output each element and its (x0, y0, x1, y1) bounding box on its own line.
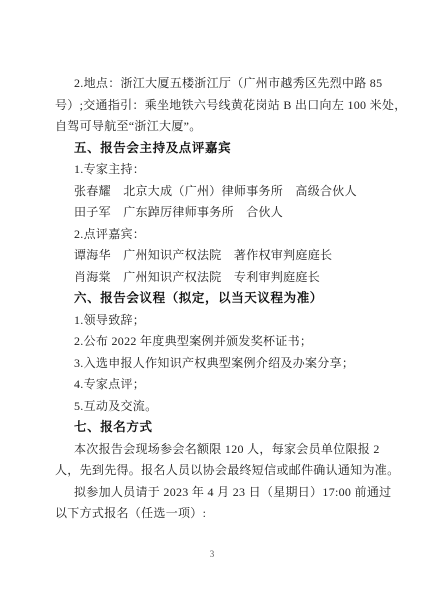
section-heading-6: 六、报告会议程（拟定，以当天议程为准） (55, 288, 372, 310)
agenda-item-3: 3.入选申报人作知识产权典型案例介绍及办案分享； (55, 353, 372, 375)
list-item-host-tianzijun: 田子军 广东踔厉律师事务所 合伙人 (55, 202, 372, 224)
list-item-guest-tanhaihua: 谭海华 广州知识产权法院 著作权审判庭庭长 (55, 245, 372, 267)
paragraph-line-location: 2.地点：浙江大厦五楼浙江厅（广州市越秀区先烈中路 85 (55, 73, 372, 95)
page-number: 3 (0, 549, 424, 559)
document-text-block: 2.地点：浙江大厦五楼浙江厅（广州市越秀区先烈中路 85 号）;交通指引：乘坐地… (55, 73, 372, 525)
agenda-item-2: 2.公布 2022 年度典型案例并颁发奖杯证书； (55, 331, 372, 353)
agenda-item-5: 5.互动及交流。 (55, 396, 372, 418)
agenda-item-1: 1.领导致辞； (55, 310, 372, 332)
document-page: 2.地点：浙江大厦五楼浙江厅（广州市越秀区先烈中路 85 号）;交通指引：乘坐地… (0, 0, 424, 600)
list-item-expert-host-label: 1.专家主持： (55, 159, 372, 181)
list-item-host-zhangchunyao: 张春耀 北京大成（广州）律师事务所 高级合伙人 (55, 181, 372, 203)
list-item-commentators-label: 2.点评嘉宾： (55, 224, 372, 246)
paragraph-line-driving: 自驾可导航至“浙江大厦”。 (55, 116, 372, 138)
list-item-guest-xiaohaitang: 肖海棠 广州知识产权法院 专利审判庭庭长 (55, 267, 372, 289)
paragraph-line-transit: 号）;交通指引：乘坐地铁六号线黄花岗站 B 出口向左 100 米处， (55, 95, 372, 117)
paragraph-line-signup-methods: 以下方式报名（任选一项）: (55, 503, 372, 525)
section-heading-7: 七、报名方式 (55, 417, 372, 439)
agenda-item-4: 4.专家点评； (55, 374, 372, 396)
section-heading-5: 五、报告会主持及点评嘉宾 (55, 138, 372, 160)
paragraph-line-quota: 本次报告会现场参会名额限 120 人，每家会员单位限报 2 (55, 439, 372, 461)
paragraph-line-confirmation: 人，先到先得。报名人员以协会最终短信或邮件确认通知为准。 (55, 460, 372, 482)
paragraph-line-deadline: 拟参加人员请于 2023 年 4 月 23 日（星期日）17:00 前通过 (55, 482, 372, 504)
